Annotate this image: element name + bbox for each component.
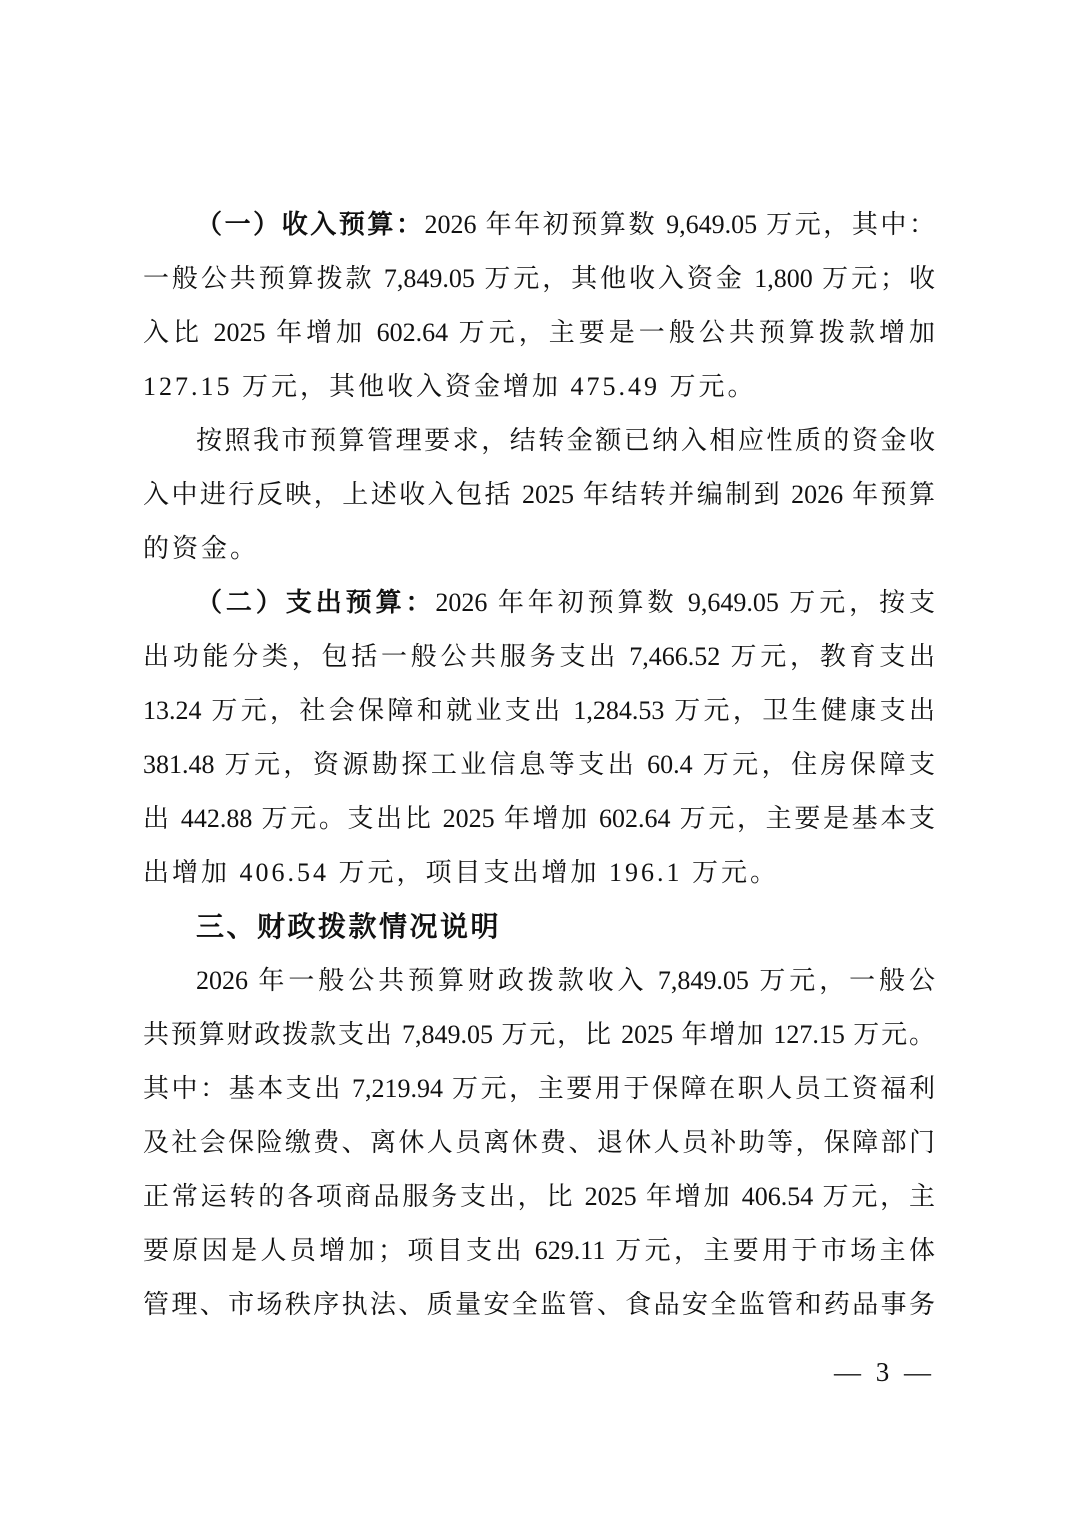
- line-text: 三、财政拨款情况说明: [196, 911, 501, 942]
- line-text: 其中：基本支出 7,219.94 万元，主要用于保障在职人员工资福利: [143, 1074, 935, 1103]
- text-line: 出增加 406.54 万元，项目支出增加 196.1 万元。: [143, 846, 935, 900]
- bold-run: （二）支出预算：: [196, 588, 435, 617]
- line-text: 入中进行反映，上述收入包括 2025 年结转并编制到 2026 年预算: [143, 480, 935, 509]
- document-body: （一）收入预算：2026 年年初预算数 9,649.05 万元，其中： 一般公共…: [143, 198, 935, 1332]
- text-line: 出功能分类，包括一般公共服务支出 7,466.52 万元，教育支出: [143, 630, 935, 684]
- line-text: 出功能分类，包括一般公共服务支出 7,466.52 万元，教育支出: [143, 642, 935, 671]
- line-text: 2026 年年初预算数 9,649.05 万元，按支: [435, 588, 935, 617]
- text-line: 按照我市预算管理要求，结转金额已纳入相应性质的资金收: [143, 414, 935, 468]
- line-text: 2026 年年初预算数 9,649.05 万元，其中：: [425, 210, 935, 239]
- document-page: （一）收入预算：2026 年年初预算数 9,649.05 万元，其中： 一般公共…: [0, 0, 1074, 1520]
- text-line: （二）支出预算：2026 年年初预算数 9,649.05 万元，按支: [143, 576, 935, 630]
- text-line: 正常运转的各项商品服务支出，比 2025 年增加 406.54 万元，主: [143, 1170, 935, 1224]
- line-text: 及社会保险缴费、离休人员离休费、退休人员补助等，保障部门: [143, 1128, 935, 1157]
- bold-run: （一）收入预算：: [196, 210, 425, 239]
- text-line: 出 442.88 万元。支出比 2025 年增加 602.64 万元，主要是基本…: [143, 792, 935, 846]
- text-line: 2026 年一般公共预算财政拨款收入 7,849.05 万元，一般公: [143, 954, 935, 1008]
- text-line: （一）收入预算：2026 年年初预算数 9,649.05 万元，其中：: [143, 198, 935, 252]
- line-text: 管理、市场秩序执法、质量安全监管、食品安全监管和药品事务: [143, 1290, 935, 1319]
- text-line: 381.48 万元，资源勘探工业信息等支出 60.4 万元，住房保障支: [143, 738, 935, 792]
- text-line: 及社会保险缴费、离休人员离休费、退休人员补助等，保障部门: [143, 1116, 935, 1170]
- line-text: 入比 2025 年增加 602.64 万元，主要是一般公共预算拨款增加: [143, 318, 935, 347]
- text-line: 共预算财政拨款支出 7,849.05 万元，比 2025 年增加 127.15 …: [143, 1008, 935, 1062]
- line-text: 出增加 406.54 万元，项目支出增加 196.1 万元。: [143, 858, 779, 887]
- line-text: 正常运转的各项商品服务支出，比 2025 年增加 406.54 万元，主: [143, 1182, 935, 1211]
- text-line: 13.24 万元，社会保障和就业支出 1,284.53 万元，卫生健康支出: [143, 684, 935, 738]
- line-text: 按照我市预算管理要求，结转金额已纳入相应性质的资金收: [196, 426, 935, 455]
- text-line: 的资金。: [143, 522, 935, 576]
- line-text: 13.24 万元，社会保障和就业支出 1,284.53 万元，卫生健康支出: [143, 696, 935, 725]
- text-line: 管理、市场秩序执法、质量安全监管、食品安全监管和药品事务: [143, 1278, 935, 1332]
- line-text: 要原因是人员增加；项目支出 629.11 万元，主要用于市场主体: [143, 1236, 935, 1265]
- page-number: — 3 —: [834, 1350, 935, 1394]
- line-text: 381.48 万元，资源勘探工业信息等支出 60.4 万元，住房保障支: [143, 750, 935, 779]
- line-text: 共预算财政拨款支出 7,849.05 万元，比 2025 年增加 127.15 …: [143, 1020, 935, 1049]
- text-line: 入中进行反映，上述收入包括 2025 年结转并编制到 2026 年预算: [143, 468, 935, 522]
- text-line: 127.15 万元，其他收入资金增加 475.49 万元。: [143, 360, 935, 414]
- line-text: 2026 年一般公共预算财政拨款收入 7,849.05 万元，一般公: [196, 966, 935, 995]
- text-line: 入比 2025 年增加 602.64 万元，主要是一般公共预算拨款增加: [143, 306, 935, 360]
- text-line: 要原因是人员增加；项目支出 629.11 万元，主要用于市场主体: [143, 1224, 935, 1278]
- section-heading: 三、财政拨款情况说明: [143, 900, 935, 954]
- text-line: 其中：基本支出 7,219.94 万元，主要用于保障在职人员工资福利: [143, 1062, 935, 1116]
- line-text: 出 442.88 万元。支出比 2025 年增加 602.64 万元，主要是基本…: [143, 804, 935, 833]
- line-text: 一般公共预算拨款 7,849.05 万元，其他收入资金 1,800 万元；收: [143, 264, 935, 293]
- text-line: 一般公共预算拨款 7,849.05 万元，其他收入资金 1,800 万元；收: [143, 252, 935, 306]
- line-text: 的资金。: [143, 534, 259, 563]
- line-text: 127.15 万元，其他收入资金增加 475.49 万元。: [143, 372, 757, 401]
